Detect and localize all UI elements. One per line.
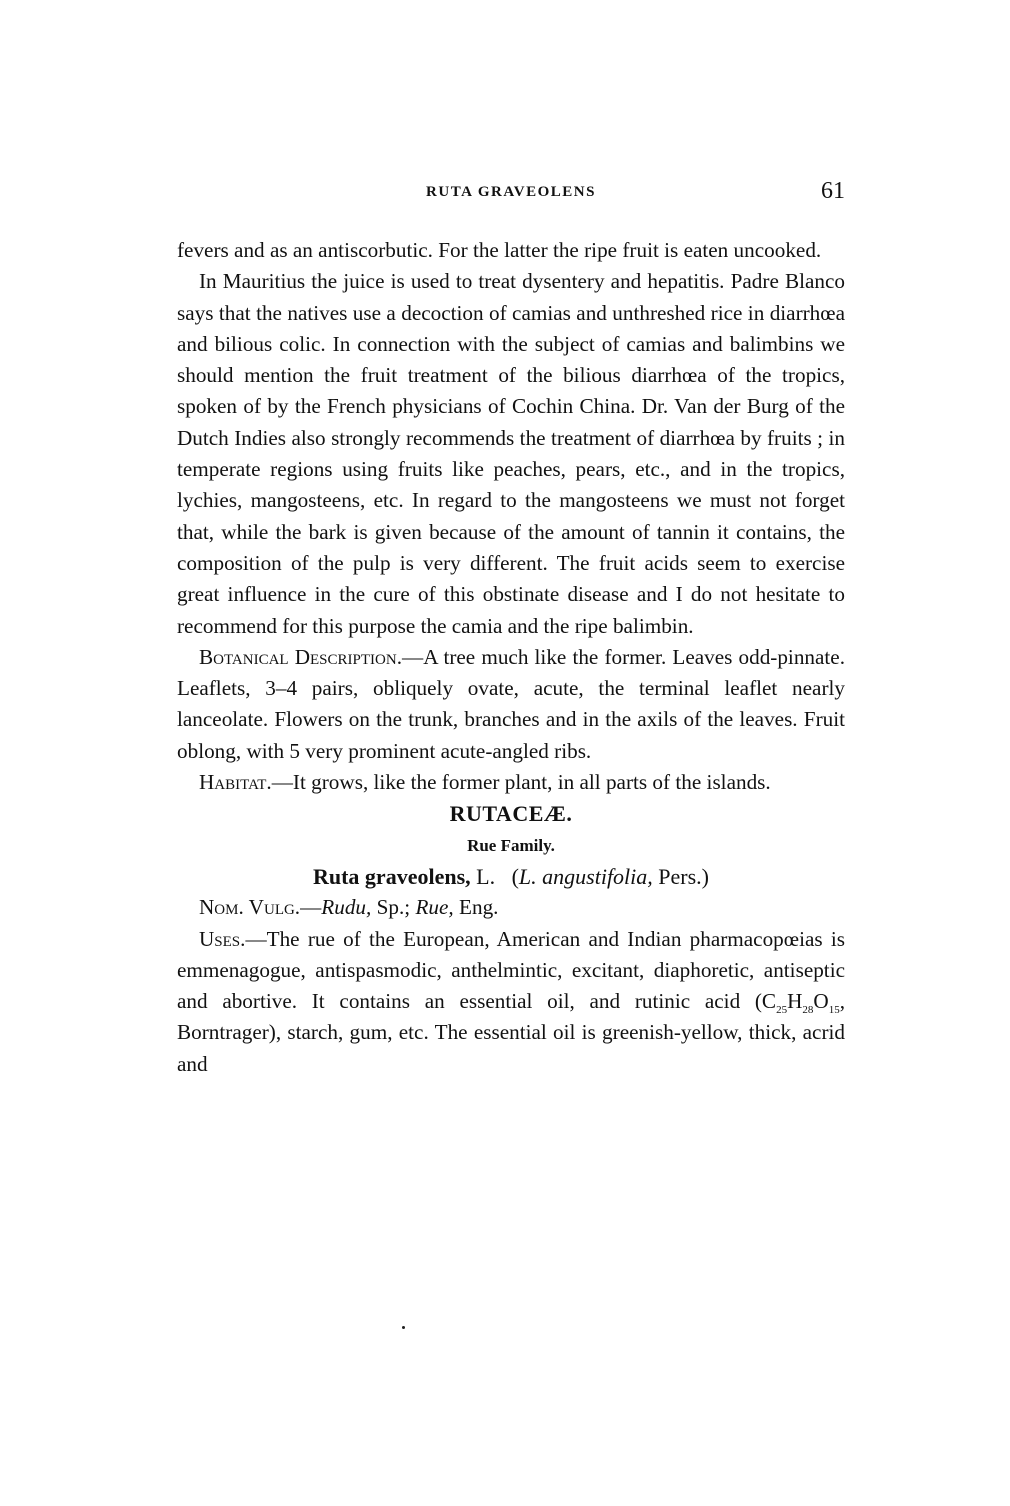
nom-vulg-label: Nom. Vulg.: [199, 895, 300, 919]
botanical-label: Botanical Description.: [199, 645, 402, 669]
running-head: RUTA GRAVEOLENS 61: [177, 180, 845, 210]
species-name: Ruta graveolens,: [313, 864, 471, 889]
species-author: L.: [471, 864, 495, 889]
formula-subscript: 28: [802, 1004, 813, 1016]
paragraph-botanical-description: Botanical Description.—A tree much like …: [177, 642, 845, 767]
uses-text-1: —The rue of the European, American and I…: [177, 927, 845, 1014]
dash: —: [300, 895, 321, 919]
species-heading: Ruta graveolens, L. (L. angustifolia, Pe…: [177, 861, 845, 892]
spanish-name: Rudu,: [321, 895, 371, 919]
habitat-text: —It grows, like the former plant, in all…: [272, 770, 771, 794]
spanish-lang: Sp.;: [371, 895, 415, 919]
paragraph-uses: Uses.—The rue of the European, American …: [177, 924, 845, 1080]
page-body: fevers and as an antiscorbutic. For the …: [177, 235, 845, 1080]
paragraph-habitat: Habitat.—It grows, like the former plant…: [177, 767, 845, 798]
synonym-name: L. angustifolia,: [519, 864, 653, 889]
running-title: RUTA GRAVEOLENS: [177, 184, 845, 201]
print-speck: [402, 1326, 405, 1329]
family-heading: RUTACEÆ.: [177, 798, 845, 829]
english-lang: Eng.: [454, 895, 499, 919]
page-number: 61: [821, 178, 845, 205]
family-common-name: Rue Family.: [177, 830, 845, 861]
habitat-label: Habitat.: [199, 770, 272, 794]
formula-element: O: [813, 989, 828, 1013]
book-page: RUTA GRAVEOLENS 61 fevers and as an anti…: [177, 180, 845, 1080]
paragraph-continuation: fevers and as an antiscorbutic. For the …: [177, 235, 845, 266]
formula-subscript: 15: [829, 1004, 840, 1016]
paragraph-nom-vulg: Nom. Vulg.—Rudu, Sp.; Rue, Eng.: [177, 892, 845, 923]
english-name: Rue,: [415, 895, 453, 919]
uses-label: Uses.: [199, 927, 245, 951]
paragraph-mauritius: In Mauritius the juice is used to treat …: [177, 266, 845, 642]
synonym-author: Pers.): [653, 864, 709, 889]
synonym-open: (: [512, 864, 519, 889]
formula-subscript: 25: [776, 1004, 787, 1016]
formula-element: H: [787, 989, 802, 1013]
